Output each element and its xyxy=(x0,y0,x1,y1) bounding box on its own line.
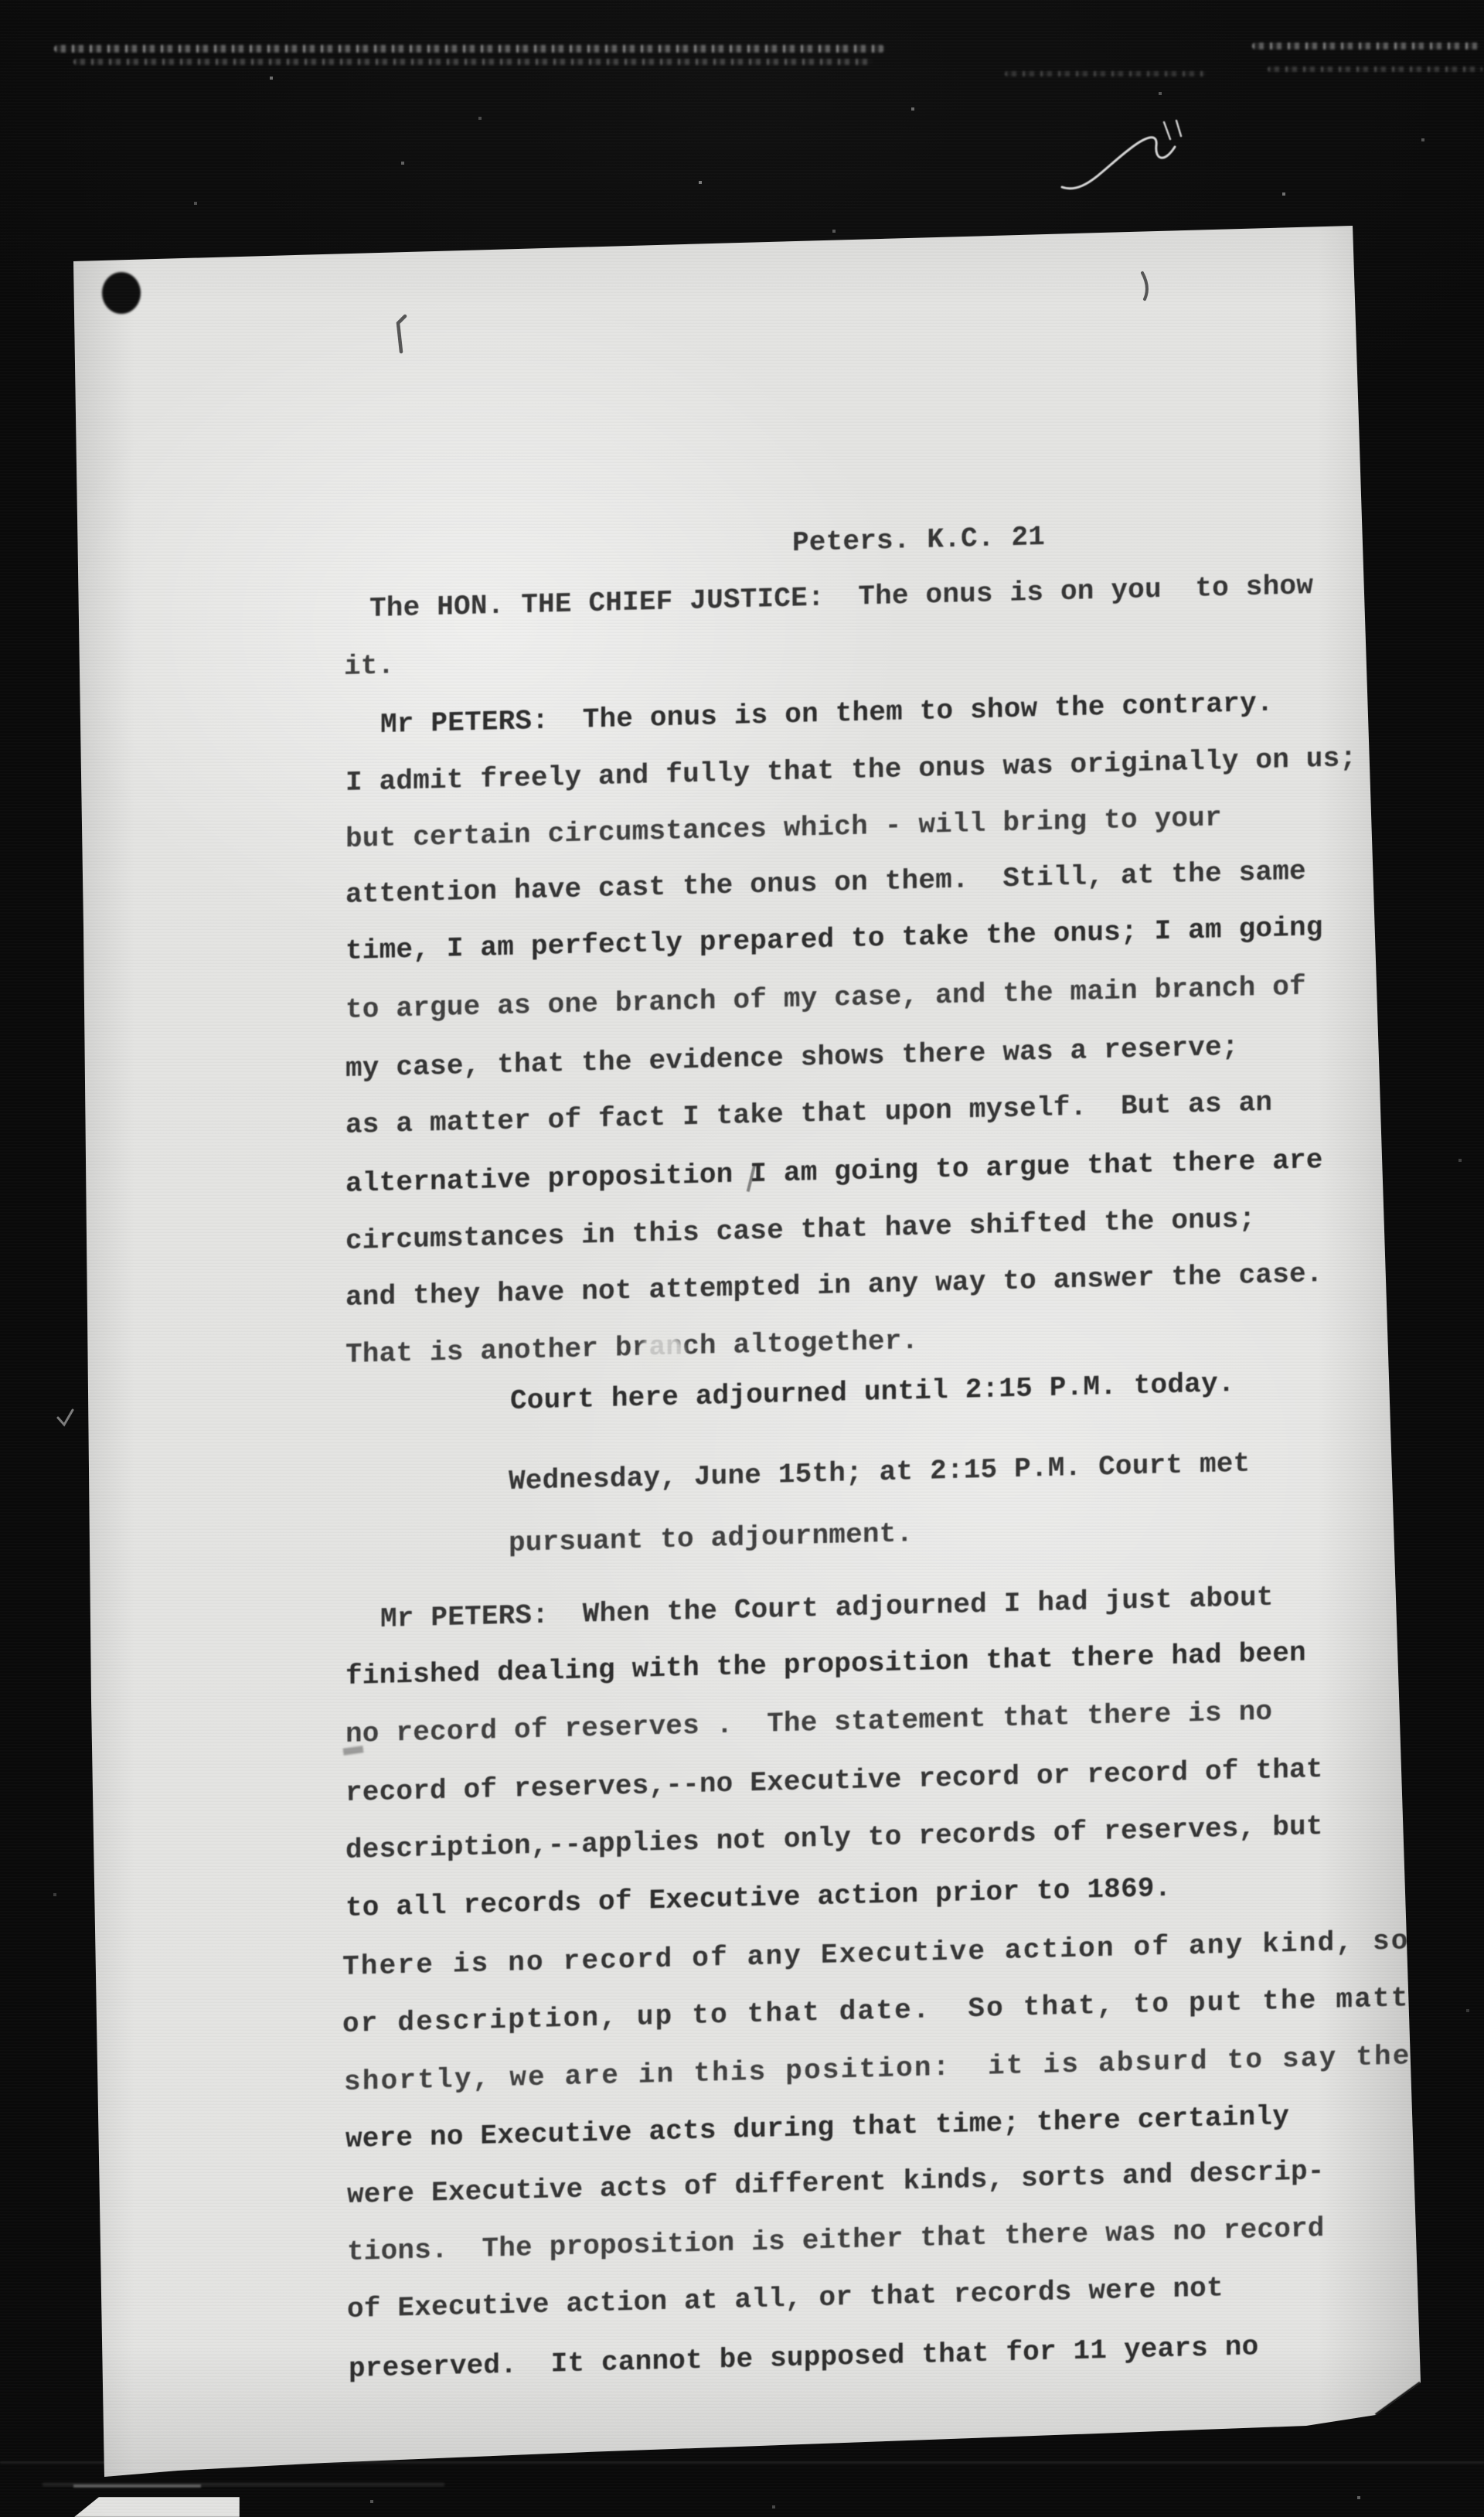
film-streak xyxy=(54,45,885,53)
ink-fade-smudge xyxy=(640,1334,685,1370)
text-line: attention have cast the onus on them. St… xyxy=(345,854,1306,913)
text-line: were Executive acts of different kinds, … xyxy=(347,2154,1325,2213)
text-line: to argue as one branch of my case, and t… xyxy=(345,969,1306,1028)
film-streak xyxy=(1005,71,1206,77)
film-streak xyxy=(73,59,873,65)
text-line: tions. The proposition is either that th… xyxy=(347,2211,1325,2270)
text-line: circumstances in this case that have shi… xyxy=(345,1201,1255,1259)
text-line: as a matter of fact I take that upon mys… xyxy=(345,1085,1272,1143)
film-scratch-line xyxy=(73,2485,201,2488)
text-line: finished dealing with the proposition th… xyxy=(345,1636,1306,1694)
text-line: or description, up to that date. So that… xyxy=(342,1980,1446,2042)
text-line: and they have not attempted in any way t… xyxy=(345,1256,1323,1316)
text-line: Wednesday, June 15th; at 2:15 P.M. Court… xyxy=(509,1446,1250,1500)
film-scratch-squiggle-icon xyxy=(1057,116,1204,201)
text-line: it. xyxy=(344,648,394,685)
text-line: but certain circumstances which - will b… xyxy=(345,800,1222,857)
next-page-edge xyxy=(74,2497,240,2517)
text-line: pursuant to adjournment. xyxy=(509,1516,913,1562)
text-line: to all records of Executive action prior… xyxy=(345,1871,1171,1926)
text-line: preserved. It cannot be supposed that fo… xyxy=(349,2329,1258,2387)
microfilm-frame: Peters. K.C. 21The HON. THE CHIEF JUSTIC… xyxy=(0,0,1484,2517)
text-line: shortly, we are in this position: it is … xyxy=(344,2038,1448,2100)
document-page: Peters. K.C. 21The HON. THE CHIEF JUSTIC… xyxy=(66,216,1441,2481)
text-line: The HON. THE CHIEF JUSTICE: The onus is … xyxy=(369,568,1313,627)
typewritten-text: Peters. K.C. 21The HON. THE CHIEF JUSTIC… xyxy=(66,216,1441,2481)
text-line: Mr PETERS: When the Court adjourned I ha… xyxy=(380,1580,1274,1637)
text-line: I admit freely and fully that the onus w… xyxy=(345,741,1356,801)
margin-check-mark-icon xyxy=(56,1407,76,1429)
text-line: alternative proposition I am going to ar… xyxy=(345,1143,1323,1202)
film-streak xyxy=(1252,43,1480,49)
text-line: That is another branch altogether. xyxy=(345,1323,918,1373)
text-line: Mr PETERS: The onus is on them to show t… xyxy=(380,686,1274,743)
page-header: Peters. K.C. 21 xyxy=(792,519,1045,561)
film-scratch-line xyxy=(43,2483,444,2486)
text-line: description,--applies not only to record… xyxy=(345,1809,1323,1868)
text-line: record of reserves,--no Executive record… xyxy=(345,1752,1323,1811)
text-line: my case, that the evidence shows there w… xyxy=(345,1030,1239,1087)
text-line: Court here adjourned until 2:15 P.M. tod… xyxy=(510,1366,1235,1419)
text-line: There is no record of any Executive acti… xyxy=(342,1923,1446,1985)
dust-specks xyxy=(0,0,2,2)
text-line: time, I am perfectly prepared to take th… xyxy=(345,910,1323,969)
text-line: of Executive action at all, or that reco… xyxy=(347,2270,1224,2328)
film-streak xyxy=(1268,66,1482,72)
text-line: were no Executive acts during that time;… xyxy=(345,2099,1289,2158)
text-line: no record of reserves . The statement th… xyxy=(345,1694,1272,1752)
